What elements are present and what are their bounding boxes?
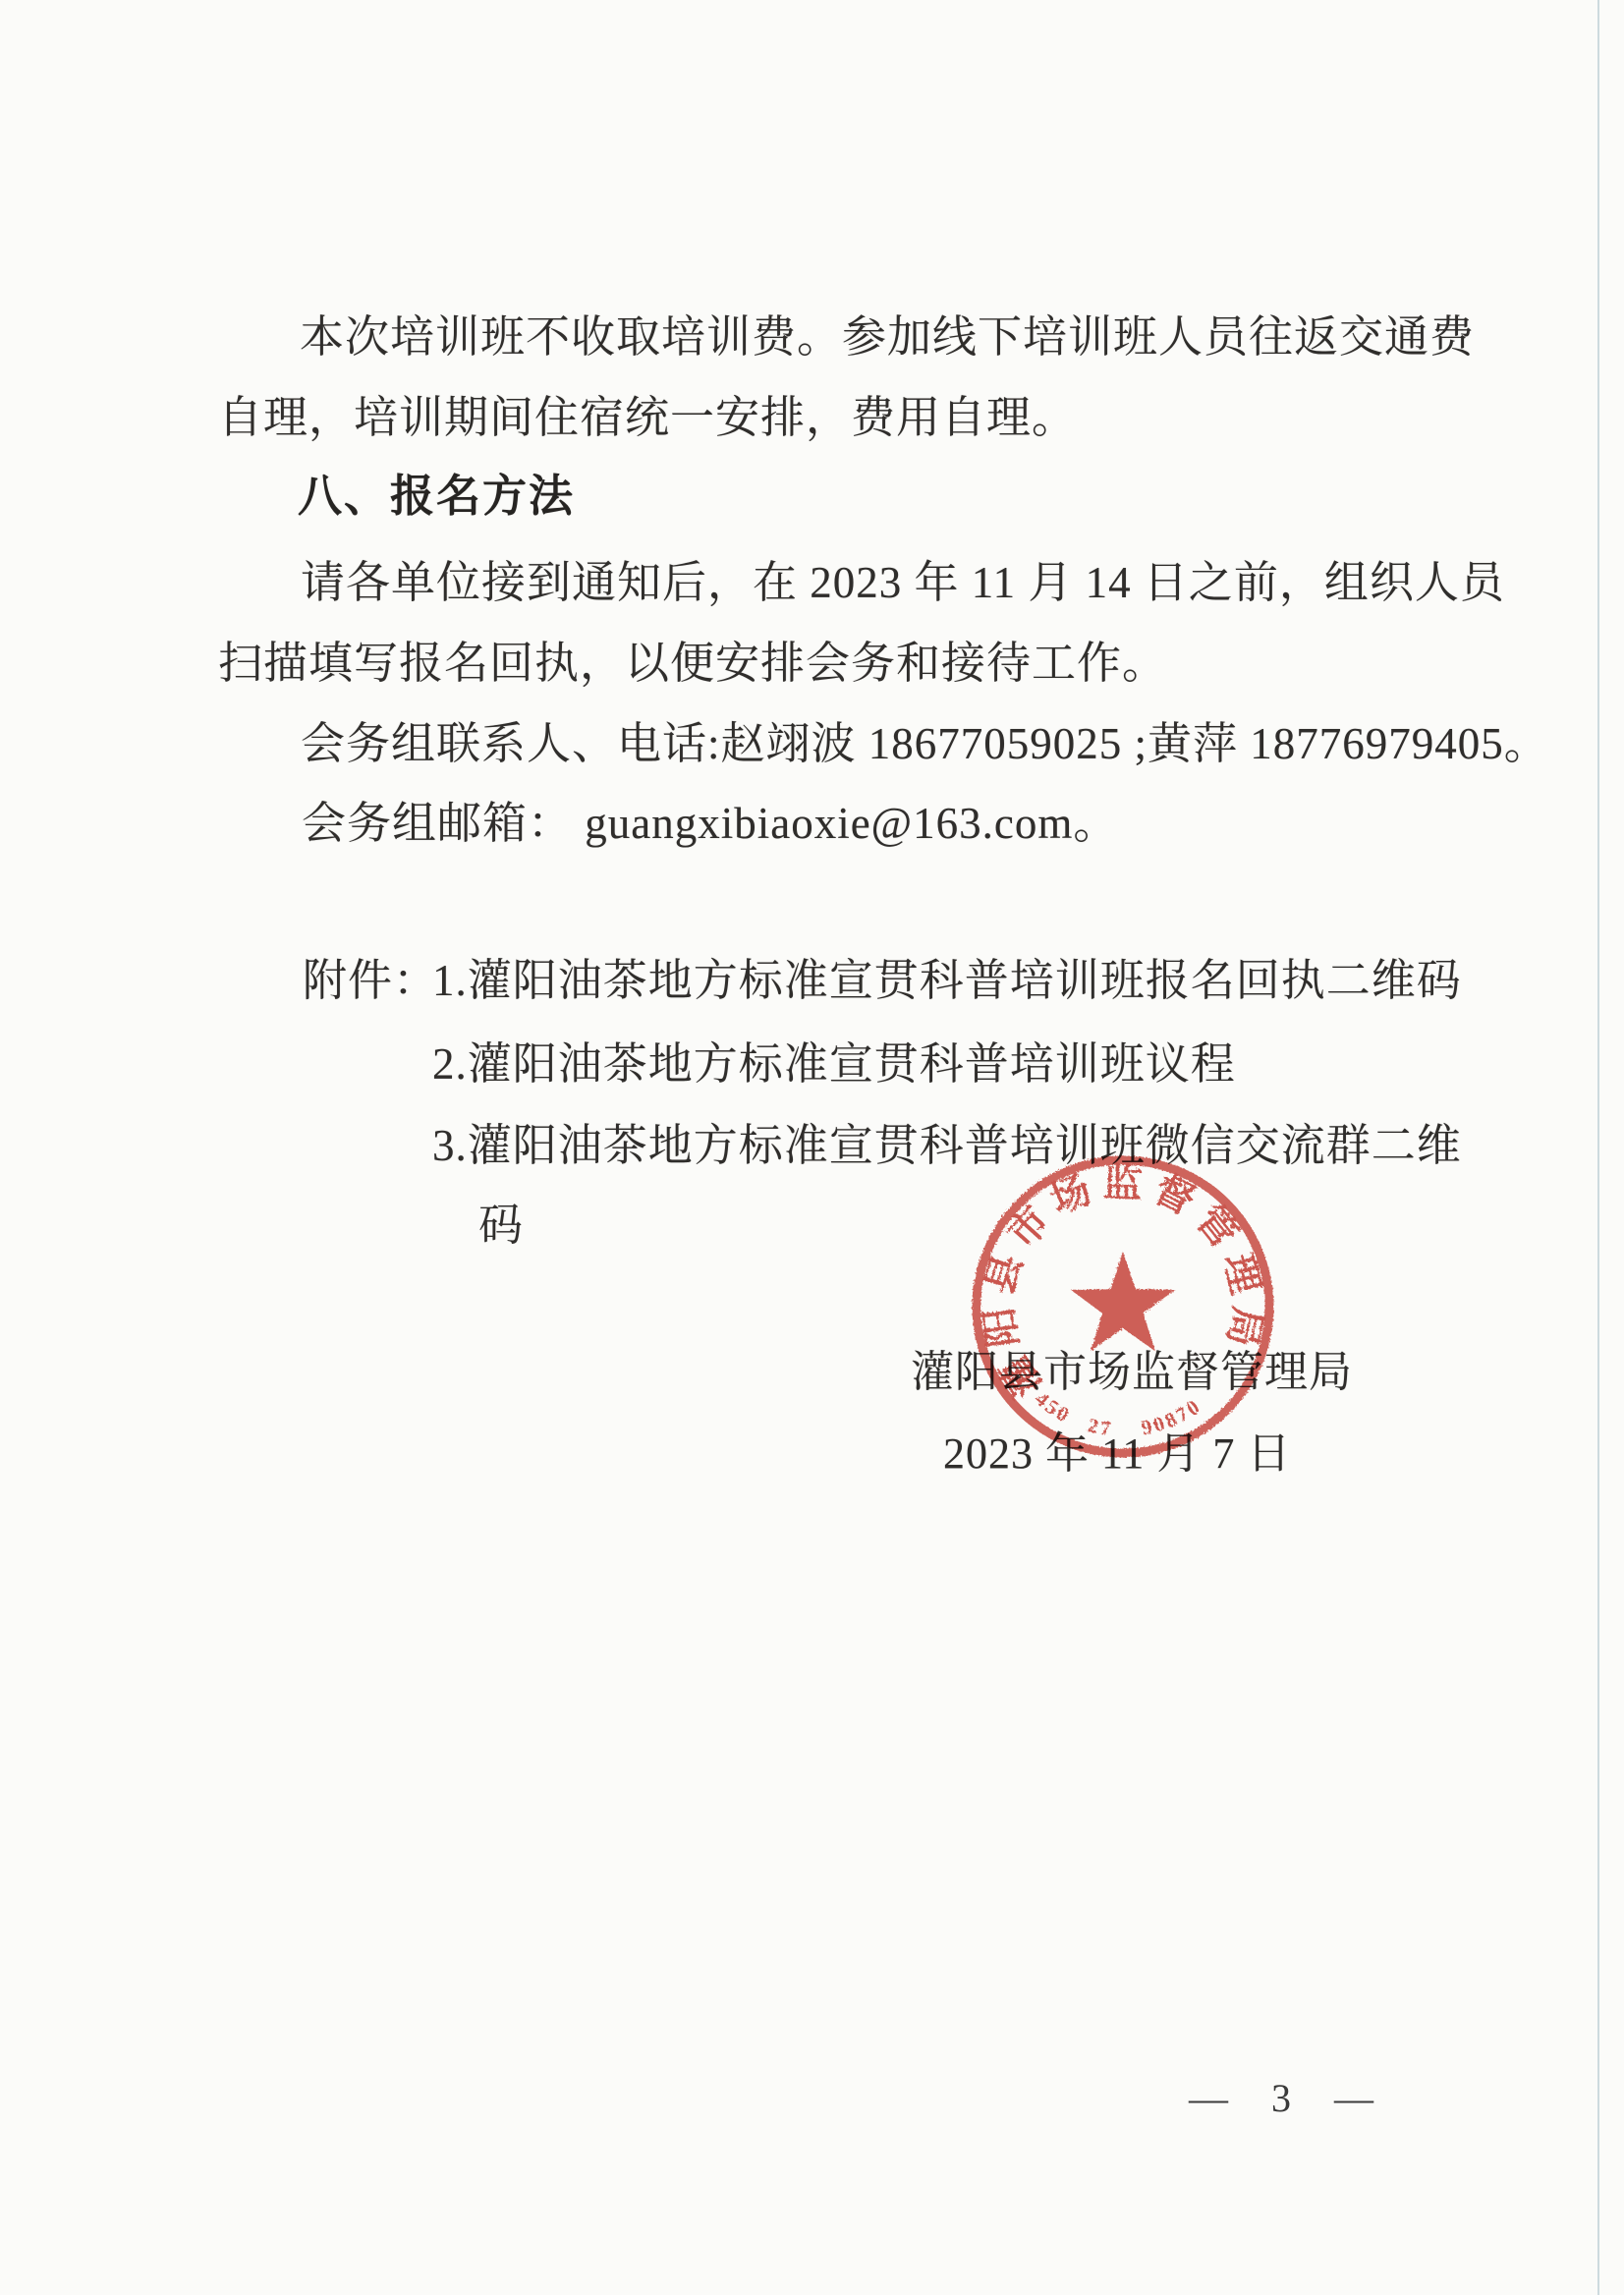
email-line: 会务组邮箱： guangxibiaoxie@163.com。: [302, 787, 1118, 851]
attachment-label: 附件：: [303, 944, 438, 1008]
attachment-item-3: 3.灌阳油茶地方标准宣贯科普培训班微信交流群二维: [432, 1109, 1462, 1173]
attachment-item-2: 2.灌阳油茶地方标准宣贯科普培训班议程: [432, 1028, 1236, 1092]
body-line-fee-1: 本次培训班不收取培训费。参加线下培训班人员往返交通费: [300, 301, 1475, 364]
scan-artifact-line: [1597, 0, 1599, 2295]
body-line-register-2: 扫描填写报名回执，以便安排会务和接待工作。: [218, 627, 1167, 691]
page-footer: — 3 —: [1189, 2075, 1373, 2121]
page-number: 3: [1271, 2075, 1291, 2121]
attachment-item-3-wrap: 码: [478, 1189, 524, 1253]
body-line-register-1: 请各单位接到通知后，在 2023 年 11 月 14 日之前，组织人员: [301, 546, 1505, 610]
attachment-item-1: 1.灌阳油茶地方标准宣贯科普培训班报名回执二维码: [432, 944, 1462, 1008]
footer-dash-right: —: [1334, 2075, 1373, 2121]
document-page: 本次培训班不收取培训费。参加线下培训班人员往返交通费 自理，培训期间住宿统一安排…: [0, 0, 1624, 2295]
section-heading-registration: 八、报名方法: [298, 460, 575, 524]
footer-dash-left: —: [1189, 2075, 1228, 2121]
official-seal: 灌阳县市场监督管理局 450 27 90870: [966, 1149, 1280, 1464]
seal-serial-fragment-2: 27: [1086, 1413, 1115, 1440]
seal-star-icon: [1071, 1252, 1176, 1351]
body-line-fee-2: 自理，培训期间住宿统一安排，费用自理。: [218, 381, 1077, 445]
contact-line: 会务组联系人、电话:赵翊波 18677059025 ;黄萍 1877697940…: [301, 707, 1549, 771]
